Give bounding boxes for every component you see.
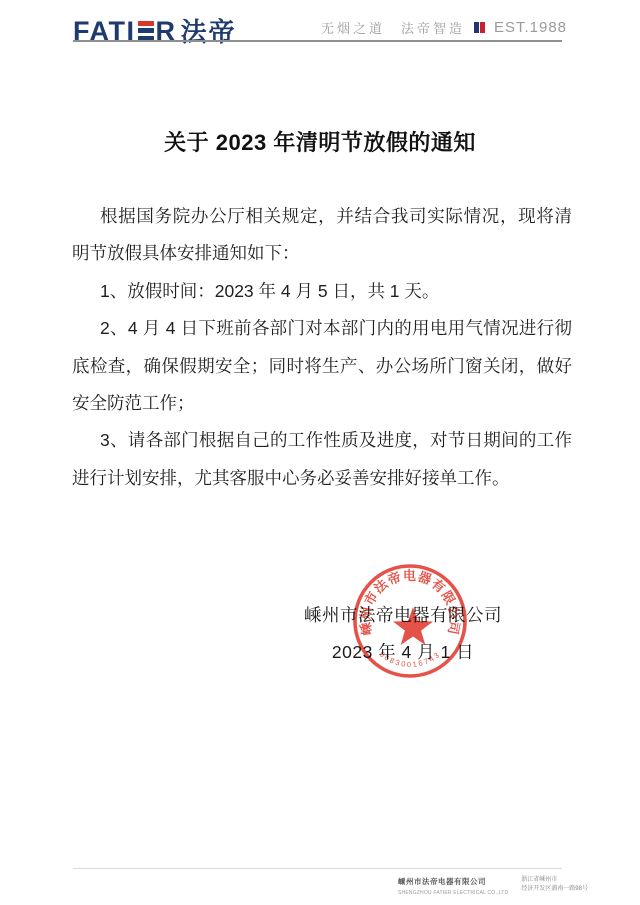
logo-e-icon [138, 21, 154, 40]
footer-address-2: 经济开发区浦南一路98号 [521, 885, 588, 894]
brand-header: FATI R 法帝 无烟之道 法帝智造 EST.1988 [73, 12, 567, 42]
footer-company-en: SHENGZHOU FATIER ELECTRICAL CO.,LTD [398, 890, 508, 896]
paragraph-intro: 根据国务院办公厅相关规定，并结合我司实际情况，现将清明节放假具体安排通知如下： [72, 198, 572, 273]
paragraph-item-1: 1、放假时间：2023 年 4 月 5 日，共 1 天。 [72, 273, 572, 310]
footer-address-block: 浙江省嵊州市 经济开发区浦南一路98号 [521, 876, 588, 894]
brand-logo: FATI R 法帝 [73, 12, 237, 49]
header-rule [73, 40, 562, 42]
footer-company-block: 嵊州市法帝电器有限公司 SHENGZHOU FATIER ELECTRICAL … [398, 876, 508, 896]
seal-serial: 06830016743 [378, 650, 443, 669]
brand-slogan-group: 无烟之道 法帝智造 EST.1988 [321, 18, 567, 37]
established-text: EST.1988 [494, 19, 567, 36]
footer: 嵊州市法帝电器有限公司 SHENGZHOU FATIER ELECTRICAL … [398, 876, 588, 896]
france-flag-icon [474, 22, 485, 33]
company-seal: 嵊州市法帝电器有限公司 06830016743 [349, 557, 471, 683]
paragraph-item-2: 2、4 月 4 日下班前各部门对本部门内的用电用气情况进行彻底检查，确保假期安全… [72, 310, 572, 422]
paragraph-item-3: 3、请各部门根据自己的工作性质及进度，对节日期间的工作进行计划安排，尤其客服中心… [72, 422, 572, 497]
footer-rule [73, 868, 562, 869]
footer-address-1: 浙江省嵊州市 [521, 876, 588, 885]
footer-company-cn: 嵊州市法帝电器有限公司 [398, 876, 508, 887]
logo-cjk: 法帝 [181, 12, 237, 49]
notice-page: FATI R 法帝 无烟之道 法帝智造 EST.1988 关于 2023 年清明… [0, 0, 640, 905]
brand-tagline: 无烟之道 法帝智造 [321, 18, 465, 37]
notice-title: 关于 2023 年清明节放假的通知 [0, 126, 640, 157]
seal-star-icon [393, 607, 433, 645]
notice-body: 根据国务院办公厅相关规定，并结合我司实际情况，现将清明节放假具体安排通知如下： … [72, 198, 572, 497]
